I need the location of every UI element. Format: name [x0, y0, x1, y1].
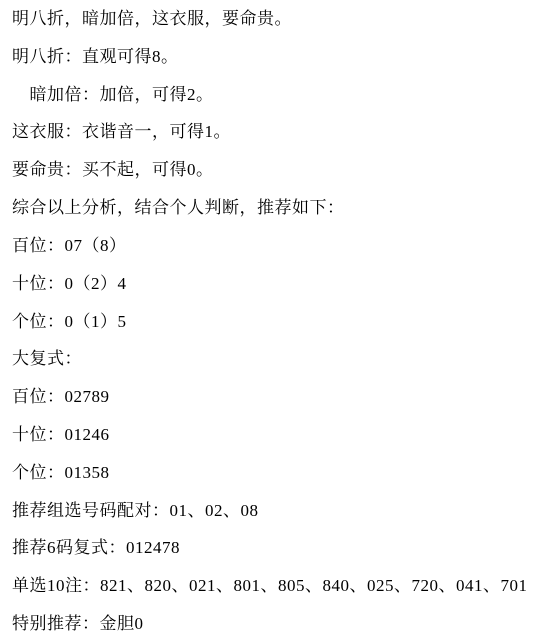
text-line-six-code: 推荐6码复式：012478	[12, 529, 548, 567]
text-line-group-pairs: 推荐组选号码配对：01、02、08	[12, 492, 548, 530]
text-line-compound-hundreds: 百位：02789	[12, 378, 548, 416]
text-line-clue-4: 要命贵：买不起，可得0。	[12, 151, 548, 189]
text-line-single-picks: 单选10注：821、820、021、801、805、840、025、720、04…	[12, 567, 548, 605]
document-body: 明八折，暗加倍，这衣服，要命贵。 明八折：直观可得8。 暗加倍：加倍，可得2。 …	[0, 0, 554, 643]
text-line-hundreds: 百位：07（8）	[12, 227, 548, 265]
text-line-compound-tens: 十位：01246	[12, 416, 548, 454]
text-line-compound-header: 大复式：	[12, 340, 548, 378]
text-line-units: 个位：0（1）5	[12, 303, 548, 341]
text-line-special: 特别推荐：金胆0	[12, 605, 548, 643]
text-line-clue-2: 暗加倍：加倍，可得2。	[12, 76, 548, 114]
text-line-summary: 综合以上分析，结合个人判断，推荐如下：	[12, 189, 548, 227]
text-line-compound-units: 个位：01358	[12, 454, 548, 492]
text-line-tens: 十位：0（2）4	[12, 265, 548, 303]
text-line-clue-3: 这衣服：衣谐音一，可得1。	[12, 113, 548, 151]
text-line-riddle: 明八折，暗加倍，这衣服，要命贵。	[12, 0, 548, 38]
text-line-clue-1: 明八折：直观可得8。	[12, 38, 548, 76]
